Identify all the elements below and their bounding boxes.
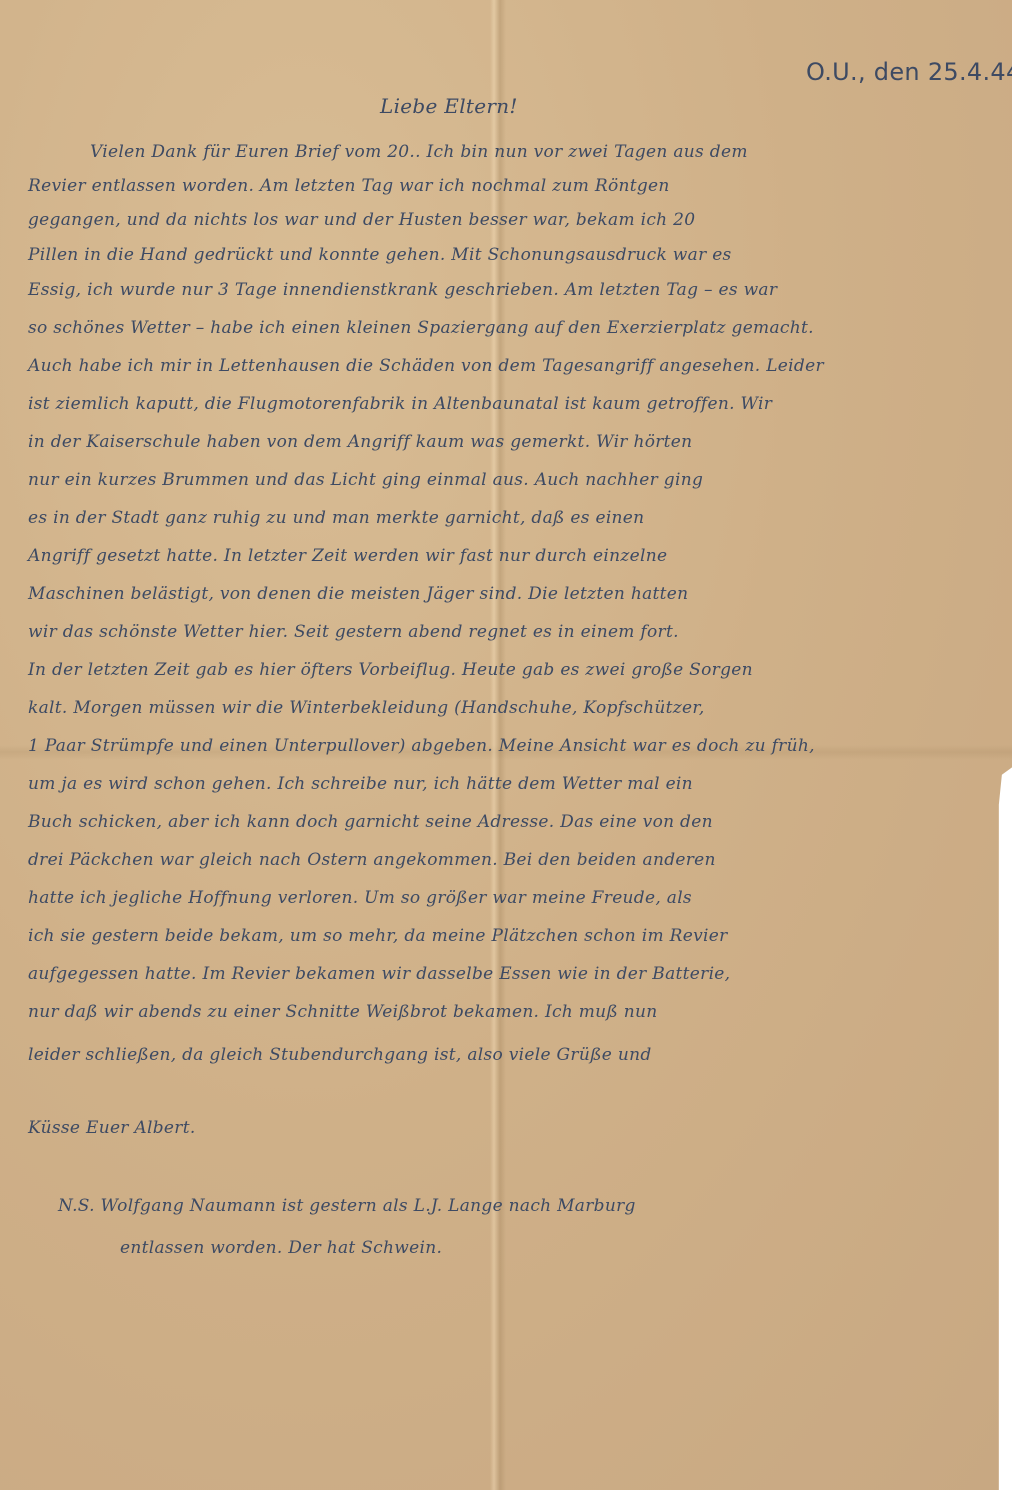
- body-line: nur daß wir abends zu einer Schnitte Wei…: [28, 1002, 658, 1022]
- signature-line: Küsse Euer Albert.: [28, 1118, 196, 1138]
- body-line: aufgegessen hatte. Im Revier bekamen wir…: [28, 964, 730, 984]
- body-line: ich sie gestern beide bekam, um so mehr,…: [28, 926, 728, 946]
- greeting: Liebe Eltern!: [380, 94, 518, 118]
- body-line: Vielen Dank für Euren Brief vom 20.. Ich…: [90, 142, 748, 162]
- body-line: wir das schönste Wetter hier. Seit geste…: [28, 622, 679, 642]
- body-line: Buch schicken, aber ich kann doch garnic…: [28, 812, 713, 832]
- body-line: In der letzten Zeit gab es hier öfters V…: [28, 660, 753, 680]
- letter-paper: O.U., den 25.4.44 Liebe Eltern! Vielen D…: [0, 0, 1012, 1490]
- body-line: Revier entlassen worden. Am letzten Tag …: [28, 176, 670, 196]
- body-line: in der Kaiserschule haben von dem Angrif…: [28, 432, 692, 452]
- date-line: O.U., den 25.4.44: [806, 58, 1020, 86]
- body-line: um ja es wird schon gehen. Ich schreibe …: [28, 774, 693, 794]
- body-line: Angriff gesetzt hatte. In letzter Zeit w…: [28, 546, 667, 566]
- body-line: 1 Paar Strümpfe und einen Unterpullover)…: [28, 736, 815, 756]
- body-line: Maschinen belästigt, von denen die meist…: [28, 584, 688, 604]
- body-line: Auch habe ich mir in Lettenhausen die Sc…: [28, 356, 824, 376]
- body-line: leider schließen, da gleich Stubendurchg…: [28, 1045, 652, 1065]
- body-line: gegangen, und da nichts los war und der …: [28, 210, 695, 230]
- body-line: drei Päckchen war gleich nach Ostern ang…: [28, 850, 716, 870]
- postscript-line: N.S. Wolfgang Naumann ist gestern als L.…: [58, 1196, 636, 1216]
- postscript-line: entlassen worden. Der hat Schwein.: [120, 1238, 442, 1258]
- body-line: ist ziemlich kaputt, die Flugmotorenfabr…: [28, 394, 772, 414]
- body-line: hatte ich jegliche Hoffnung verloren. Um…: [28, 888, 692, 908]
- body-line: es in der Stadt ganz ruhig zu und man me…: [28, 508, 644, 528]
- body-line: nur ein kurzes Brummen und das Licht gin…: [28, 470, 703, 490]
- body-line: Essig, ich wurde nur 3 Tage innendienstk…: [28, 280, 777, 300]
- body-line: Pillen in die Hand gedrückt und konnte g…: [28, 245, 732, 265]
- body-line: kalt. Morgen müssen wir die Winterbeklei…: [28, 698, 705, 718]
- body-line: so schönes Wetter – habe ich einen klein…: [28, 318, 814, 338]
